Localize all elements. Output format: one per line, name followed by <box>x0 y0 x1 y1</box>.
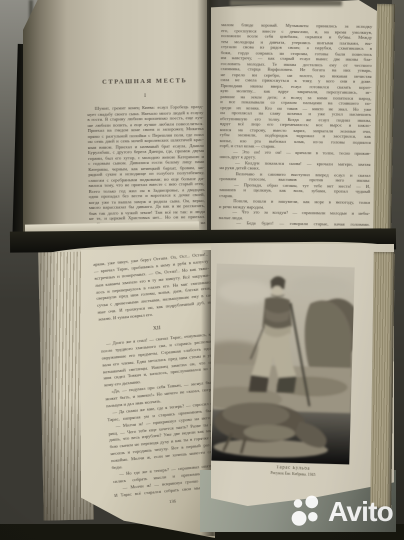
taras-bulba-illustration <box>211 263 354 465</box>
avito-logo-dots-icon <box>289 494 325 530</box>
upper-book-left-page-text: СТРАШНАЯ МЕСТЬ I Шумит, гремит конец Кие… <box>87 77 206 227</box>
upper-book-right-page-text: малом блюде коровай. Музыканты принялись… <box>219 22 372 227</box>
taras-bulba-engraving-image <box>211 263 354 465</box>
book-listing-photo: СТРАШНАЯ МЕСТЬ I Шумит, гремит конец Кие… <box>0 0 404 540</box>
avito-watermark-label: Avito <box>328 496 393 528</box>
lower-book-fore-edge <box>370 252 395 508</box>
upper-book-top-page-edges <box>230 0 342 6</box>
body-text-column: Шумит, гремит конец Киева: есаул Горобец… <box>87 104 205 227</box>
section-marker: I <box>87 92 203 101</box>
chapter-heading: СТРАШНАЯ МЕСТЬ <box>87 77 203 87</box>
body-text-block-1: аркан, уже тянут, уже берут Остапа. Ох, … <box>93 252 213 324</box>
avito-watermark: Avito <box>289 487 401 537</box>
